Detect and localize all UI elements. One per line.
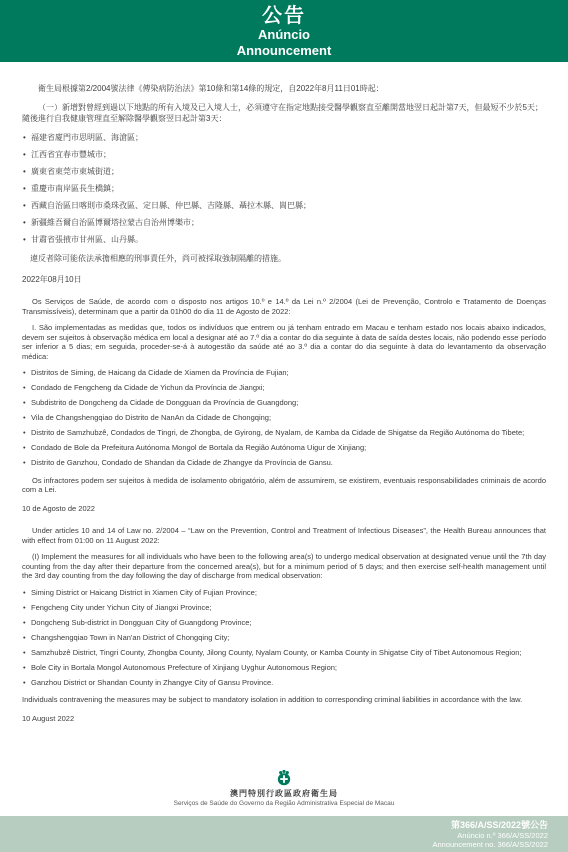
pt-location-item: Condado de Bole da Prefeitura Autónoma M… — [22, 443, 546, 453]
reference-bar: 第366/A/SS/2022號公告 Anúncio n.º 366/A/SS/2… — [0, 816, 568, 852]
footer-identity: 澳門特別行政區政府衛生局 Serviços de Saúde do Govern… — [0, 769, 568, 808]
page-title-pt: Anúncio — [0, 27, 568, 43]
en-location-item: Bole City in Bortala Mongol Autonomous P… — [22, 663, 546, 673]
en-intro-paragraph: Under articles 10 and 14 of Law no. 2/20… — [22, 526, 546, 545]
zh-location-item: 重慶市南岸區長生橋鎮； — [22, 183, 546, 194]
en-penalty-paragraph: Individuals contravening the measures ma… — [22, 695, 546, 705]
section-english: Under articles 10 and 14 of Law no. 2/20… — [22, 526, 546, 723]
zh-location-item: 廣東省東莞市東城街道； — [22, 166, 546, 177]
en-location-item: Changshengqiao Town in Nan'an District o… — [22, 633, 546, 643]
zh-location-item: 新疆維吾爾自治區博爾塔拉蒙古自治州博樂市； — [22, 217, 546, 228]
zh-location-item: 福建省廈門市思明區、海滄區； — [22, 132, 546, 143]
zh-location-item: 甘肅省張掖市甘州區、山丹縣。 — [22, 234, 546, 245]
section-portuguese: Os Serviços de Saúde, de acordo com o di… — [22, 297, 546, 513]
bureau-name-zh: 澳門特別行政區政府衛生局 — [0, 789, 568, 799]
en-date-line: 10 August 2022 — [22, 714, 546, 724]
reference-number-en: Announcement no. 366/A/SS/2022 — [0, 840, 548, 849]
zh-penalty-paragraph: 違反者除可能依法承擔相應的刑事責任外，尚可被採取強制隔離的措施。 — [22, 253, 546, 264]
en-measure-paragraph: (I) Implement the measures for all indiv… — [22, 552, 546, 581]
pt-penalty-paragraph: Os infractores podem ser sujeitos à medi… — [22, 476, 546, 495]
reference-number-pt: Anúncio n.º 366/A/SS/2022 — [0, 831, 548, 840]
page-title-zh: 公告 — [0, 5, 568, 27]
pt-location-item: Distrito de Samzhubzê, Condados de Tingr… — [22, 428, 546, 438]
pt-location-item: Vila de Changshengqiao do Distrito de Na… — [22, 413, 546, 423]
bureau-name-pt: Serviços de Saúde do Governo da Região A… — [0, 799, 568, 808]
pt-location-list: Distritos de Siming, de Haicang da Cidad… — [22, 368, 546, 468]
health-bureau-logo-icon — [275, 769, 293, 787]
page-title-en: Announcement — [0, 43, 568, 59]
zh-location-list: 福建省廈門市思明區、海滄區； 江西省宜春市豐城市； 廣東省東莞市東城街道； 重慶… — [22, 132, 546, 245]
en-location-item: Dongcheng Sub-district in Dongguan City … — [22, 618, 546, 628]
en-location-list: Siming District or Haicang District in X… — [22, 588, 546, 688]
section-chinese: 衛生局根據第2/2004號法律《傳染病防治法》第10條和第14條的規定，自202… — [22, 83, 546, 285]
announcement-page: 公告 Anúncio Announcement 衛生局根據第2/2004號法律《… — [0, 0, 568, 852]
zh-location-item: 江西省宜春市豐城市； — [22, 149, 546, 160]
pt-location-item: Distrito de Ganzhou, Condado de Shandan … — [22, 458, 546, 468]
pt-location-item: Distritos de Siming, de Haicang da Cidad… — [22, 368, 546, 378]
pt-location-item: Condado de Fengcheng da Cidade de Yichun… — [22, 383, 546, 393]
zh-location-item: 西藏自治區日喀則市桑珠孜區、定日縣、仲巴縣、吉隆縣、聶拉木縣、崗巴縣； — [22, 200, 546, 211]
zh-date-line: 2022年08月10日 — [22, 274, 546, 285]
en-location-item: Siming District or Haicang District in X… — [22, 588, 546, 598]
en-location-item: Ganzhou District or Shandan County in Zh… — [22, 678, 546, 688]
zh-intro-paragraph: 衛生局根據第2/2004號法律《傳染病防治法》第10條和第14條的規定，自202… — [22, 83, 546, 94]
pt-location-item: Subdistrito de Dongcheng da Cidade de Do… — [22, 398, 546, 408]
header-banner: 公告 Anúncio Announcement — [0, 0, 568, 62]
en-location-item: Fengcheng City under Yichun City of Jian… — [22, 603, 546, 613]
zh-measure-paragraph: （一）新增對曾經到過以下地點的所有入境及已入境人士，必須遵守在指定地點接受醫學觀… — [22, 102, 546, 124]
reference-number-zh: 第366/A/SS/2022號公告 — [0, 820, 548, 831]
en-location-item: Samzhubzê District, Tingri County, Zhong… — [22, 648, 546, 658]
pt-measure-paragraph: I. São implementadas as medidas que, tod… — [22, 323, 546, 361]
document-body: 衛生局根據第2/2004號法律《傳染病防治法》第10條和第14條的規定，自202… — [0, 62, 568, 723]
pt-intro-paragraph: Os Serviços de Saúde, de acordo com o di… — [22, 297, 546, 316]
pt-date-line: 10 de Agosto de 2022 — [22, 504, 546, 514]
